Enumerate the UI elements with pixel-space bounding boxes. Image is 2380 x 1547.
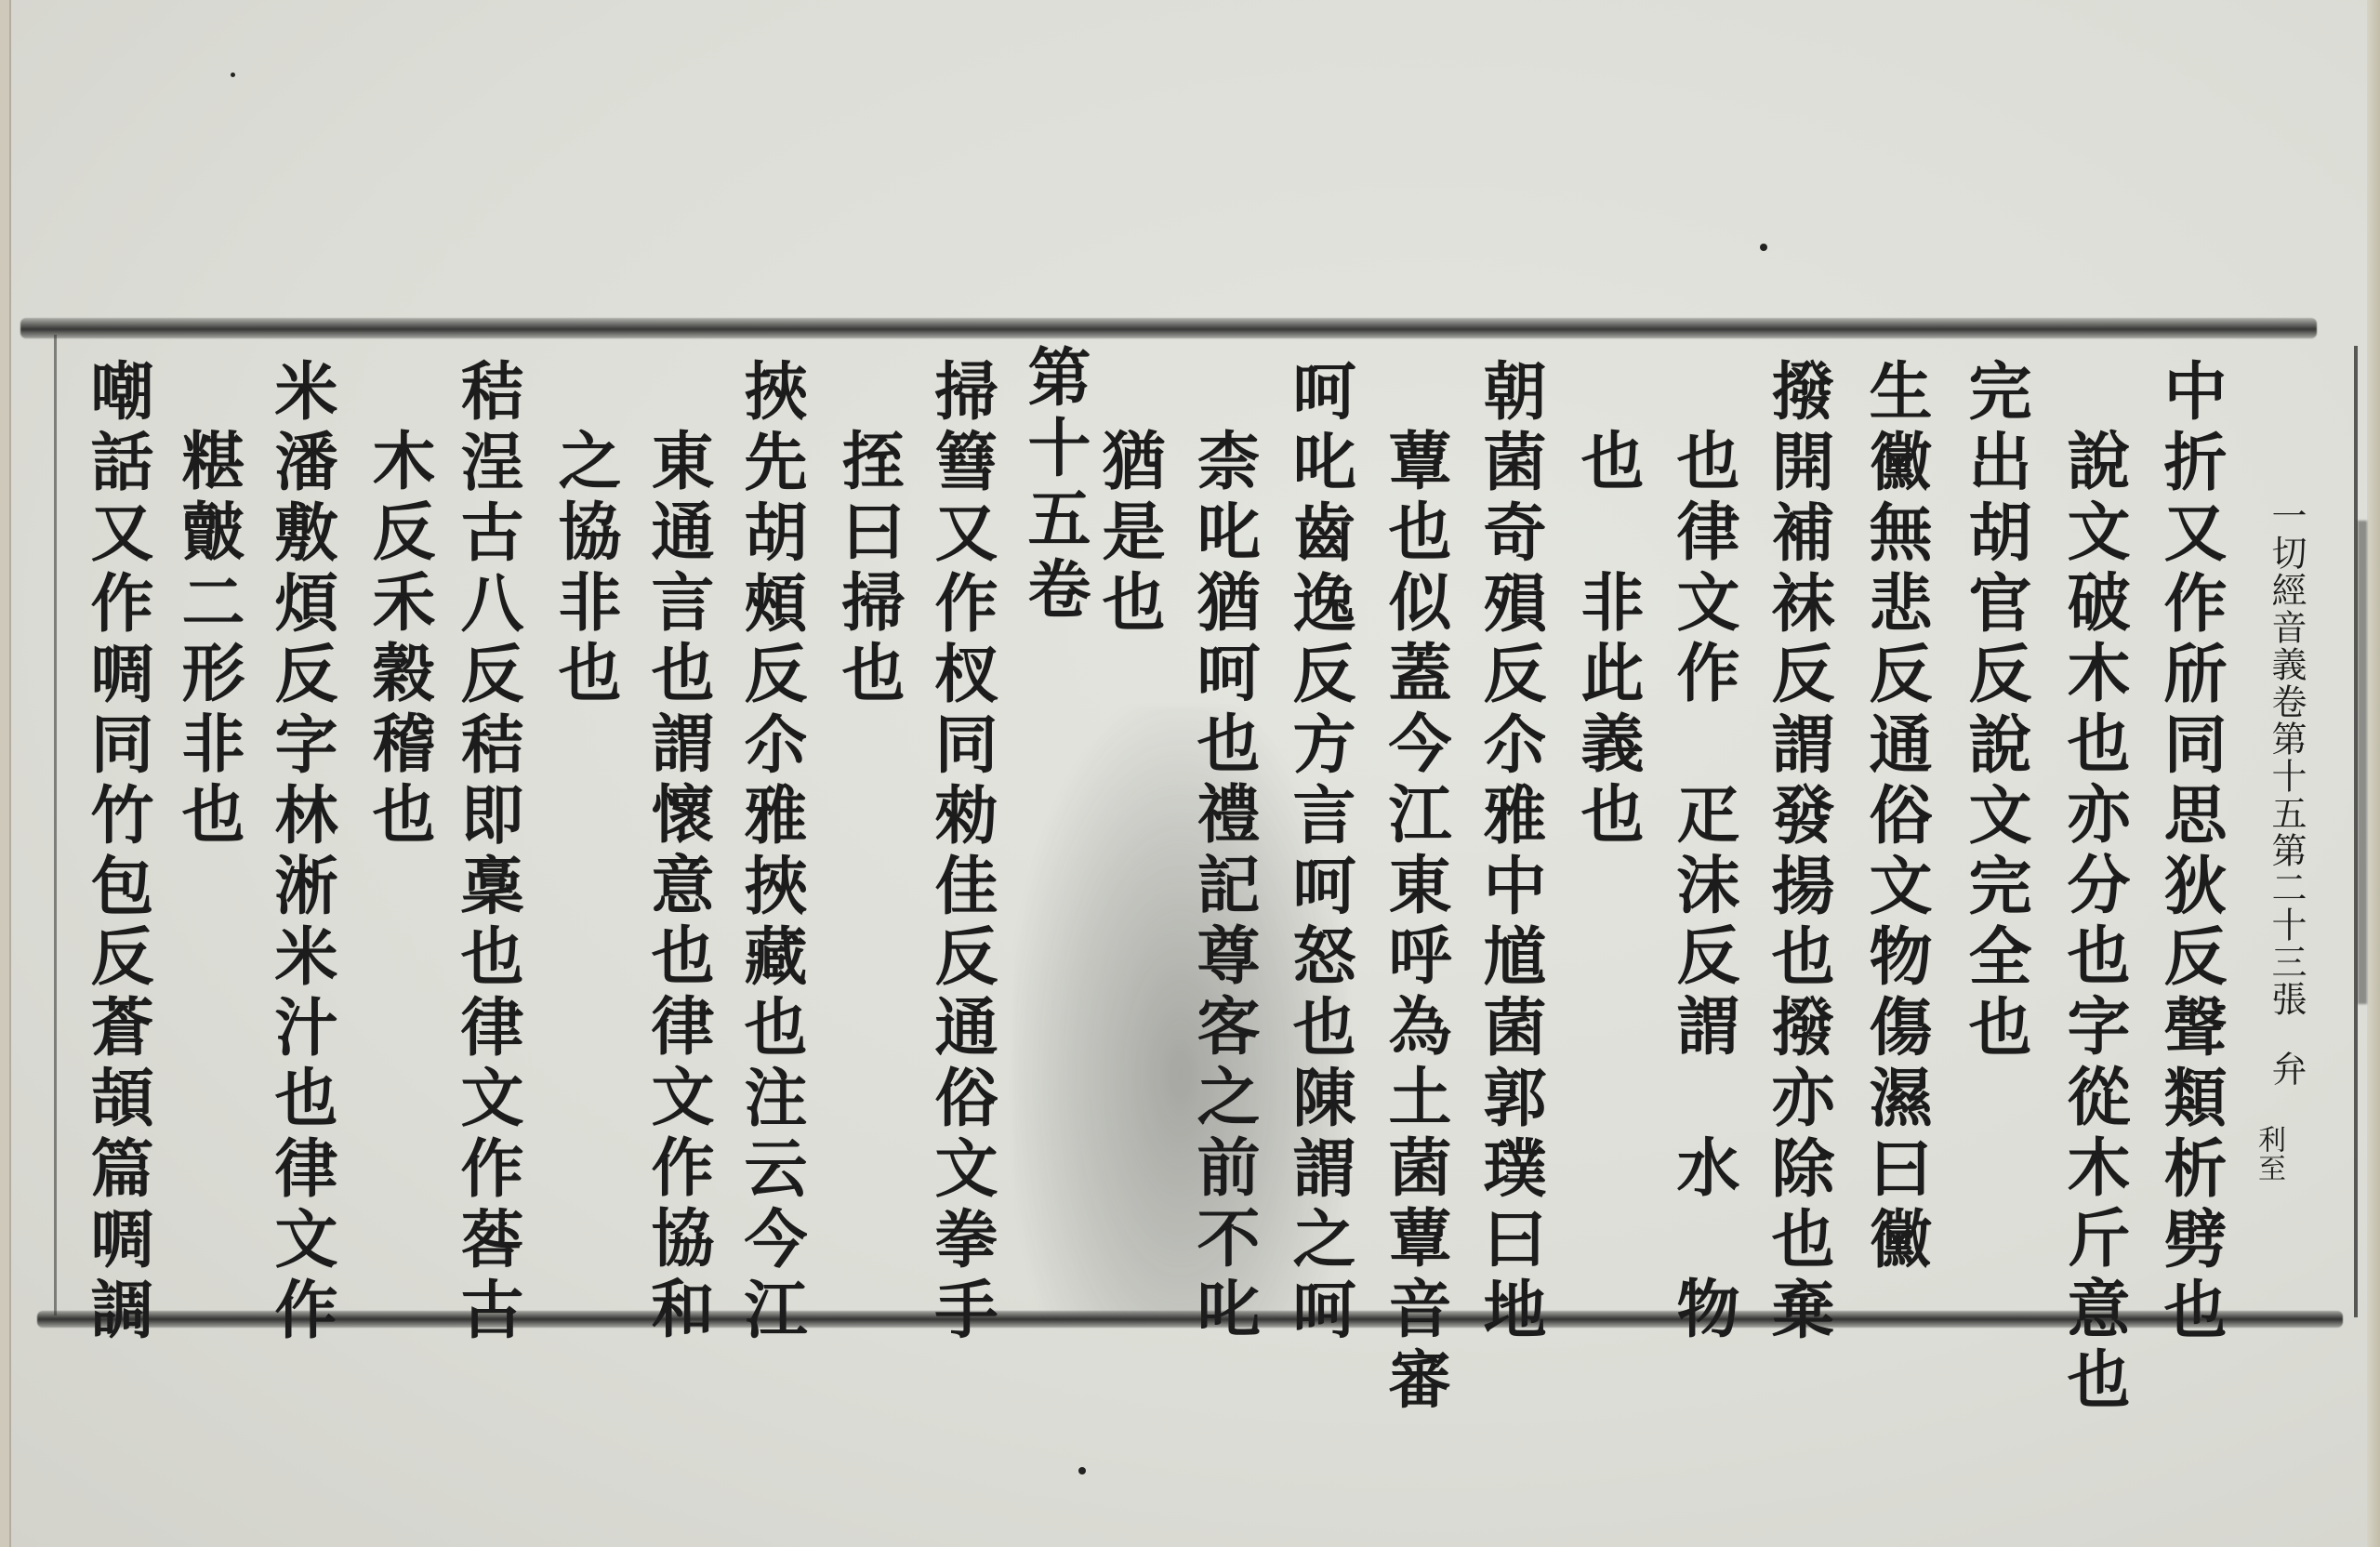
- text-column-9: 蕈也似蓋今江東呼為土菌蕈音審: [1383, 428, 1447, 1417]
- text-column-22: 糂皾二形非也: [177, 428, 240, 852]
- text-column-18: 之協非也: [553, 428, 616, 710]
- page-left-edge: [0, 0, 11, 1547]
- frame-right-ink-smear: [2358, 521, 2367, 1004]
- margin-leaf-number: 第二十三張: [2268, 832, 2304, 1018]
- text-column-15: 挃曰掃也: [837, 428, 900, 710]
- text-column-11: 柰叱猶呵也禮記尊客之前不叱: [1192, 428, 1255, 1346]
- margin-title: 一切經音義卷第十五: [2268, 497, 2304, 832]
- frame-top-border: [20, 318, 2317, 338]
- text-column-10: 呵叱齒逸反方言呵怒也陳謂之呵: [1288, 358, 1351, 1347]
- scanned-page: 一切經音義卷第十五 第二十三張 弁 利至 中折又作斦同思狄反聲類析劈也 說文破木…: [0, 0, 2380, 1547]
- ink-speck: [231, 73, 235, 77]
- text-column-12: 猶是也: [1097, 428, 1160, 640]
- text-column-20: 木反禾穀稽也: [367, 428, 430, 852]
- text-column-16: 挾先胡頰反尒雅挾藏也注云今江: [739, 358, 802, 1347]
- text-column-13-chapter-heading: 第十五卷: [1023, 344, 1086, 627]
- ink-speck: [1760, 244, 1767, 251]
- text-column-1: 中折又作斦同思狄反聲類析劈也: [2159, 358, 2222, 1347]
- text-column-8: 朝菌奇殞反尒雅中馗菌郭璞曰地: [1478, 358, 1541, 1347]
- text-column-6: 也律文作𢶏疋沫反謂𢶏水𢶏物: [1672, 428, 1735, 1346]
- ink-speck: [1078, 1467, 1086, 1474]
- text-column-23: 嘲話又作啁同竹包反蒼頡篇啁調: [86, 358, 149, 1347]
- text-column-3: 完出胡官反說文完全也: [1963, 358, 2027, 1064]
- margin-mark-small: 利至: [2254, 1125, 2282, 1183]
- text-column-2: 說文破木也亦分也字從木斤意也: [2062, 428, 2125, 1417]
- text-column-19: 秸浧古八反秸即稾也律文作䓘古: [456, 358, 519, 1347]
- text-column-21: 米潘敷煩反字林淅米汁也律文作: [270, 358, 333, 1347]
- text-column-4: 生黴無悲反通俗文物傷濕曰黴: [1864, 358, 1927, 1276]
- text-column-7: 也𢶏非此義也: [1576, 428, 1639, 852]
- text-column-17: 東通言也謂懷意也律文作協和: [646, 428, 709, 1346]
- text-column-5: 撥開補袜反謂發揚也撥亦除也棄: [1766, 358, 1830, 1347]
- page-right-edge: [2367, 0, 2380, 1547]
- frame-left-border: [54, 335, 57, 1316]
- margin-mark: 弁: [2268, 1051, 2304, 1088]
- text-column-14: 掃篲又作杈同勑佳反通俗文拳手: [930, 358, 993, 1347]
